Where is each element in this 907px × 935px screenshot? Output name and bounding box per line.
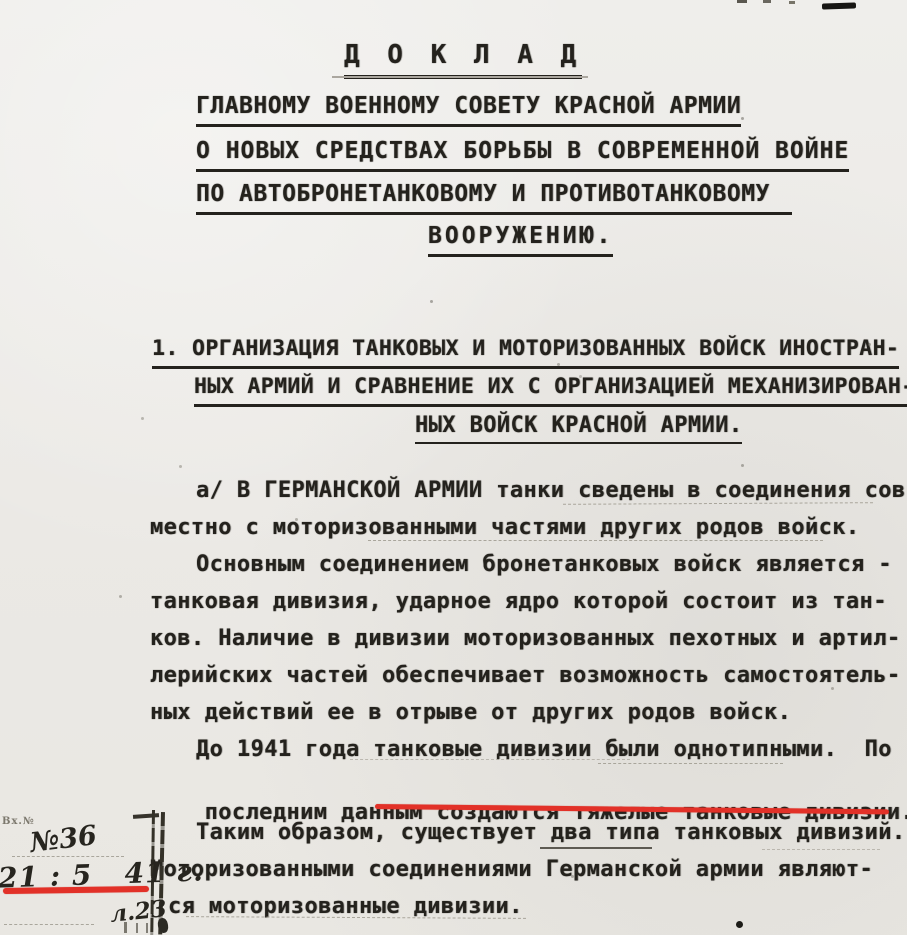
top-edge-cutoff-mark: [737, 0, 747, 3]
section1-heading-line-2: НЫХ АРМИЙ И СРАВНЕНИЕ ИХ С ОРГАНИЗАЦИЕЙ …: [194, 374, 907, 407]
body-line: а/ В ГЕРМАНСКОЙ АРМИИ танки сведены в со…: [196, 478, 907, 503]
doc-type-title: Д О К Л А Д: [344, 40, 582, 79]
body-line: ся моторизованные дивизии.: [168, 894, 523, 919]
scanned-document-page: Д О К Л А Д ГЛАВНОМУ ВОЕННОМУ СОВЕТУ КРА…: [0, 0, 907, 935]
body-line: Моторизованными соединениями Германской …: [150, 857, 873, 882]
body-line: До 1941 года танковые дивизии были однот…: [196, 737, 892, 762]
red-pencil-underline-date: [3, 886, 149, 894]
body-line: ков. Наличие в дивизии моторизованных пе…: [150, 626, 900, 651]
pencil-dash-row: [4, 924, 94, 925]
subject-line-1: О НОВЫХ СРЕДСТВАХ БОРЬБЫ В СОВРЕМЕННОЙ В…: [196, 138, 849, 172]
body-line: местно с моторизованными частями других …: [150, 515, 860, 540]
body-line: ных действий ее в отрыве от других родов…: [150, 700, 791, 725]
top-edge-cutoff-mark: [789, 1, 795, 4]
subject-line-3: ВООРУЖЕНИЮ.: [428, 223, 613, 257]
section1-heading-line-3: НЫХ ВОЙСК КРАСНОЙ АРМИИ.: [415, 413, 742, 444]
section1-heading-line-1: 1. ОРГАНИЗАЦИЯ ТАНКОВЫХ И МОТОРИЗОВАННЫХ…: [152, 336, 899, 369]
handwritten-reg-number: №36: [28, 820, 98, 859]
addressee-line: ГЛАВНОМУ ВОЕННОМУ СОВЕТУ КРАСНОЙ АРМИИ: [196, 93, 741, 127]
body-line: Основным соединением бронетанковых войск…: [196, 552, 892, 577]
subject-line-2: ПО АВТОБРОНЕТАНКОВОМУ И ПРОТИВОТАНКОВОМУ: [196, 181, 792, 215]
body-line: лерийских частей обеспечивает возможност…: [150, 663, 900, 688]
top-edge-cutoff-mark: [763, 0, 771, 3]
scan-artifact-line: [598, 763, 783, 764]
top-edge-dash: [822, 2, 856, 9]
body-line: Таким образом, существует два типа танко…: [196, 820, 906, 845]
paper-speckle: [430, 300, 433, 303]
ink-dot: [736, 921, 743, 928]
body-line: танковая дивизия, ударное ядро которой с…: [150, 589, 887, 614]
stamp-text-fragment: Вх.№: [2, 816, 35, 827]
paper-speckle: [741, 117, 744, 120]
scan-artifact-line: [368, 540, 823, 541]
